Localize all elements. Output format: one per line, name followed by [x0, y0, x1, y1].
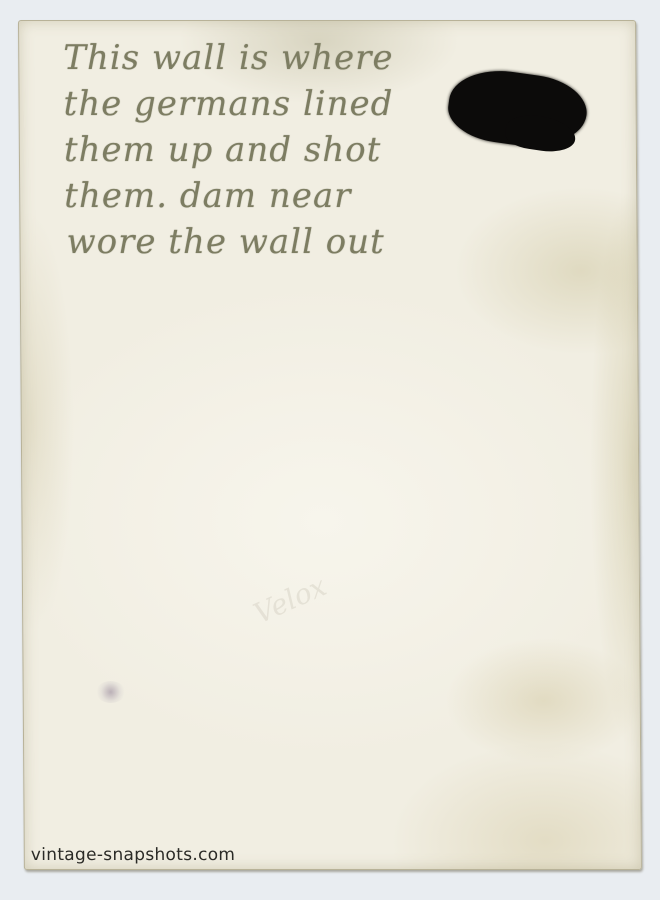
- handwriting-line-1: This wall is where: [63, 35, 623, 81]
- stain-spot: [96, 681, 126, 703]
- photo-back-card: This wall is where the germans lined the…: [18, 20, 642, 870]
- watermark-text: vintage-snapshots.com: [31, 845, 236, 865]
- handwriting-line-4: them. dam near: [64, 173, 624, 219]
- faint-paper-stamp: Velox: [249, 527, 438, 655]
- handwriting-line-5: wore the wall out: [64, 219, 624, 265]
